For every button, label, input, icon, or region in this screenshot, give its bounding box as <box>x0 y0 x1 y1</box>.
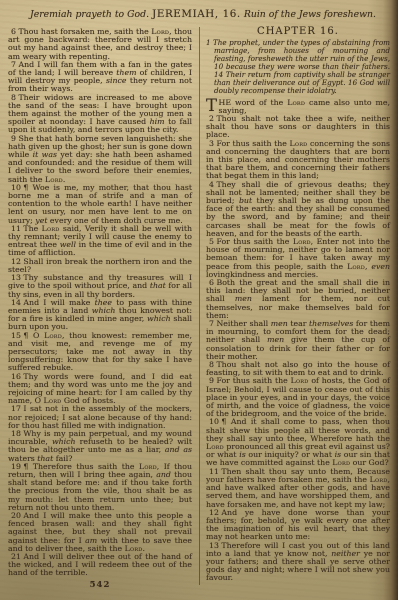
bible-page: Jeremiah prayeth to God. JEREMIAH, 16. R… <box>0 0 398 600</box>
verse: 7Neither shall men tear themselves for t… <box>206 320 390 361</box>
verse-text: Shall iron break the northern iron and t… <box>8 257 192 274</box>
page-number: 542 <box>8 581 192 589</box>
verse-text: And I will make thee to pass with thine … <box>8 298 192 332</box>
verse: 8Thou shalt not also go into the house o… <box>206 361 390 377</box>
opening-verse: THE word of the Lord came also unto me, … <box>206 99 390 115</box>
verse: 8Their widows are increased to me above … <box>8 94 192 135</box>
verse-text: ¶ O Lord, thou knowest: remember me, and… <box>8 331 192 373</box>
verse: 12Shall iron break the northern iron and… <box>8 258 192 274</box>
verse-text: For thus saith the Lord, Enter not into … <box>206 237 390 279</box>
verse: 5For thus saith the Lord, Enter not into… <box>206 238 390 279</box>
verse: 10¶ And it shall come to pass, when thou… <box>206 418 390 467</box>
verse: 9She that hath borne seven languisheth: … <box>8 135 192 184</box>
chapter-heading: CHAPTER 16. <box>206 28 390 36</box>
verse: 17I sat not in the assembly of the mocke… <box>8 405 192 430</box>
verse-text: Neither shall men tear themselves for th… <box>206 319 390 361</box>
right-column: CHAPTER 16. 1 The prophet, under the typ… <box>206 28 390 583</box>
verse-text: For thus saith the Lord of hosts, the Go… <box>206 376 390 418</box>
verse: 20And I will make thee unto this people … <box>8 512 192 553</box>
running-head-center: JEREMIAH, 16. <box>152 8 241 20</box>
left-column-verses: 6Thou hast forsaken me, saith the Lord, … <box>8 28 192 578</box>
verse-text: I sat not in the assembly of the mockers… <box>8 404 192 429</box>
verse-text: For thus saith the Lord concerning the s… <box>206 139 390 181</box>
verse-text: ¶ Therefore thus saith the Lord, If thou… <box>8 462 192 512</box>
verse-text: Then shalt thou say unto them, Because y… <box>206 467 390 509</box>
verse: 6Thou hast forsaken me, saith the Lord, … <box>8 28 192 61</box>
verse-text: ¶ And it shall come to pass, when thou s… <box>206 417 390 467</box>
left-column: 6Thou hast forsaken me, saith the Lord, … <box>8 28 192 589</box>
running-head: Jeremiah prayeth to God. JEREMIAH, 16. R… <box>0 8 380 20</box>
verse-text: Thou hast forsaken me, saith the Lord, t… <box>8 27 192 61</box>
chapter-summary: 1 The prophet, under the types of abstai… <box>206 39 390 94</box>
verse: 3For thus saith the Lord concerning the … <box>206 140 390 181</box>
verse: 9For thus saith the Lord of hosts, the G… <box>206 377 390 418</box>
verse: 7And I will fan them with a fan in the g… <box>8 61 192 94</box>
verse: 2Thou shalt not take thee a wife, neithe… <box>206 115 390 140</box>
verse: 13Thy substance and thy treasures will I… <box>8 274 192 299</box>
verse: 11The Lord said, Verily it shall be well… <box>8 225 192 258</box>
right-column-verses: 2Thou shalt not take thee a wife, neithe… <box>206 115 390 583</box>
verse-text: She that hath borne seven languisheth: s… <box>8 134 192 184</box>
verse: 11Then shalt thou say unto them, Because… <box>206 468 390 509</box>
verse: 6Both the great and the small shall die … <box>206 279 390 320</box>
verse-text: And I will make thee unto this people a … <box>8 511 192 553</box>
verse: 10¶ Woe is me, my mother, that thou hast… <box>8 184 192 225</box>
verse-text: Thy substance and thy treasures will I g… <box>8 273 192 298</box>
verse-text: Thy words were found, and I did eat them… <box>8 372 192 406</box>
verse-text: Thou shalt not also go into the house of… <box>206 360 390 377</box>
verse: 19¶ Therefore thus saith the Lord, If th… <box>8 463 192 512</box>
verse-text: They shall die of grievous deaths; they … <box>206 180 390 238</box>
verse-text: HE word of the Lord came also unto me, s… <box>219 98 390 115</box>
verse-text: And I will fan them with a fan in the ga… <box>8 60 192 94</box>
verse: 15¶ O Lord, thou knowest: remember me, a… <box>8 332 192 373</box>
verse-text: And ye have done worse than your fathers… <box>206 508 390 542</box>
verse-text: ¶ Woe is me, my mother, that thou hast b… <box>8 183 192 225</box>
verse: 18Why is my pain perpetual, and my wound… <box>8 430 192 463</box>
verse-text: Why is my pain perpetual, and my wound i… <box>8 429 192 463</box>
verse: 4They shall die of grievous deaths; they… <box>206 181 390 238</box>
verse-text: The Lord said, Verily it shall be well w… <box>8 224 192 258</box>
column-divider-rule <box>199 27 200 585</box>
verse: 21And I will deliver thee out of the han… <box>8 553 192 578</box>
verse: 16Thy words were found, and I did eat th… <box>8 373 192 406</box>
verse: 13Therefore will I cast you out of this … <box>206 542 390 583</box>
verse: 12And ye have done worse than your fathe… <box>206 509 390 542</box>
verse-text: Both the great and the small shall die i… <box>206 278 390 320</box>
verse-text: Thou shalt not take thee a wife, neither… <box>206 114 390 139</box>
verse-text: Their widows are increased to me above t… <box>8 93 192 135</box>
drop-cap: T <box>206 99 219 113</box>
running-head-right: Ruin of the Jews foreshewn. <box>244 9 376 20</box>
verse-text: Therefore will I cast you out of this la… <box>206 541 390 583</box>
verse: 14And I will make thee to pass with thin… <box>8 299 192 332</box>
verse-text: And I will deliver thee out of the hand … <box>8 552 192 577</box>
running-head-left: Jeremiah prayeth to God. <box>30 9 149 20</box>
